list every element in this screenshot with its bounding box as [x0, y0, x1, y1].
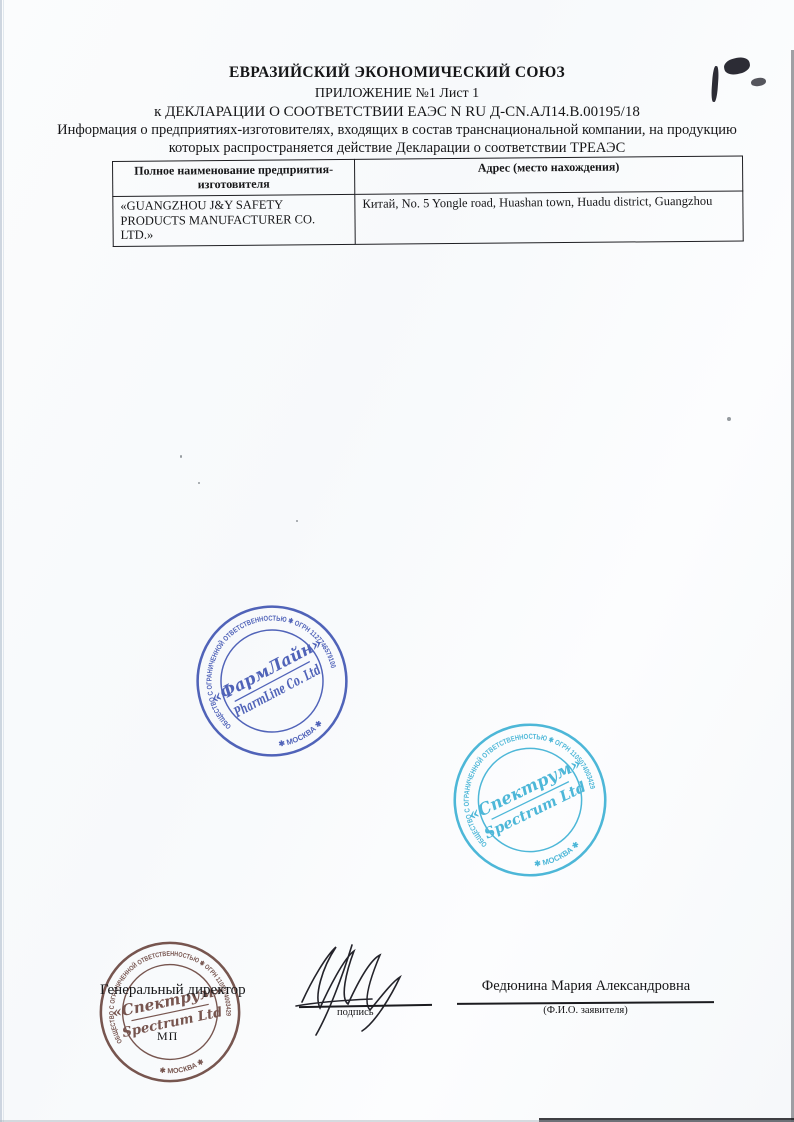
table-header-row: Полное наименование предприятия-изготови…: [113, 156, 743, 196]
fio-line: [457, 1001, 714, 1004]
applicant-full-name: Федюнина Мария Александровна: [458, 978, 714, 995]
stamp-spectrum-main: ОБЩЕСТВО С ОГРАНИЧЕННОЙ ОТВЕТСТВЕННОСТЬЮ…: [415, 685, 645, 915]
scan-edge-left: [0, 0, 2, 1122]
scan-corner-artifact: [751, 77, 767, 87]
manufacturer-address-cell: Китай, No. 5 Yongle road, Huashan town, …: [355, 191, 743, 245]
scan-edge-left-faint: [3, 0, 4, 1122]
column-header-address: Адрес (место нахождения): [355, 156, 743, 194]
mp-label: МП: [157, 1029, 178, 1044]
column-header-manufacturer-name: Полное наименование предприятия-изготови…: [113, 159, 355, 196]
handwritten-signature: [288, 936, 438, 1041]
stamp-pharmline: ОБЩЕСТВО С ОГРАНИЧЕННОЙ ОТВЕТСТВЕННОСТЬЮ…: [157, 566, 387, 796]
header-annex-line: ПРИЛОЖЕНИЕ №1 Лист 1: [47, 85, 747, 102]
manufacturers-table: Полное наименование предприятия-изготови…: [112, 155, 744, 247]
document-header: ЕВРАЗИЙСКИЙ ЭКОНОМИЧЕСКИЙ СОЮЗ ПРИЛОЖЕНИ…: [47, 64, 747, 158]
table-row: «GUANGZHOU J&Y SAFETY PRODUCTS MANUFACTU…: [113, 191, 743, 247]
scan-speck: [180, 455, 182, 458]
scan-speck: [296, 520, 298, 522]
header-union-title: ЕВРАЗИЙСКИЙ ЭКОНОМИЧЕСКИЙ СОЮЗ: [47, 64, 747, 83]
fio-caption: (Ф.И.О. заявителя): [457, 1005, 714, 1016]
scan-speck: [198, 482, 200, 484]
stamp-spectrum-bottom: ОБЩЕСТВО С ОГРАНИЧЕННОЙ ОТВЕТСТВЕННОСТЬЮ…: [76, 918, 263, 1105]
header-description: Информация о предприятиях-изготовителях,…: [47, 122, 747, 157]
scanned-declaration-page: ЕВРАЗИЙСКИЙ ЭКОНОМИЧЕСКИЙ СОЮЗ ПРИЛОЖЕНИ…: [0, 0, 794, 1122]
signature-caption: подпись: [337, 1007, 374, 1018]
position-title: Генеральный директор: [100, 982, 246, 999]
manufacturer-name-cell: «GUANGZHOU J&Y SAFETY PRODUCTS MANUFACTU…: [113, 194, 355, 246]
scan-speck: [727, 417, 731, 421]
header-declaration-number: к ДЕКЛАРАЦИИ О СООТВЕТСТВИИ ЕАЭС N RU Д-…: [47, 103, 747, 121]
